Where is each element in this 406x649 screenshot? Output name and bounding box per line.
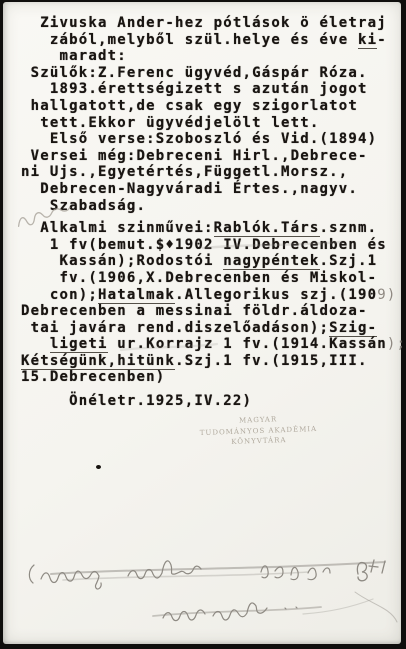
typed-line: tett.Ekkor ügyvédjelölt lett. bbox=[21, 115, 401, 132]
typed-line: Versei még:Debreceni Hirl.,Debrece- bbox=[21, 148, 401, 165]
typed-line: ni Ujs.,Egyetértés,Függetl.Morsz., bbox=[21, 164, 401, 181]
strikethrough-icon bbox=[153, 607, 321, 616]
pencil-smudges bbox=[3, 232, 406, 362]
ink-dot bbox=[96, 465, 101, 469]
typed-line: 15.Debrecenben) bbox=[21, 369, 401, 386]
strikethrough-icon bbox=[51, 562, 385, 574]
photo-background: Zivuska Ander-hez pótlások ö életraj záb… bbox=[0, 0, 406, 649]
smudge-line-icon bbox=[203, 242, 341, 248]
handwritten-note-bottom bbox=[153, 599, 373, 621]
library-stamp: MAGYAR TUDOMÁNYOS AKADÉMIA KÖNYVTÁRA bbox=[185, 412, 331, 449]
typed-line: Szülők:Z.Ferenc ügyvéd,Gáspár Róza. bbox=[21, 65, 401, 82]
document-card: Zivuska Ander-hez pótlások ö életraj záb… bbox=[3, 2, 401, 644]
typed-line: maradt: bbox=[21, 48, 401, 65]
typed-line: Zivuska Ander-hez pótlások ö életraj bbox=[21, 15, 401, 32]
smudge-line-icon bbox=[121, 344, 217, 350]
typed-line: Önéletr.1925,IV.22) bbox=[21, 393, 401, 410]
typed-line: Debrecen-Nagyváradi Értes.,nagyv. bbox=[21, 181, 401, 198]
typed-line: zából,melyből szül.helye és éve ki- bbox=[21, 32, 401, 49]
typed-line: 1893.érettségizett s azután jogot bbox=[21, 81, 401, 98]
typed-line: Első verse:Szoboszló és Vid.(1894) bbox=[21, 131, 401, 148]
typed-line: hallgatott,de csak egy szigorlatot bbox=[21, 98, 401, 115]
handwritten-notes bbox=[3, 542, 406, 646]
typed-line: Szabadság. bbox=[21, 198, 401, 215]
